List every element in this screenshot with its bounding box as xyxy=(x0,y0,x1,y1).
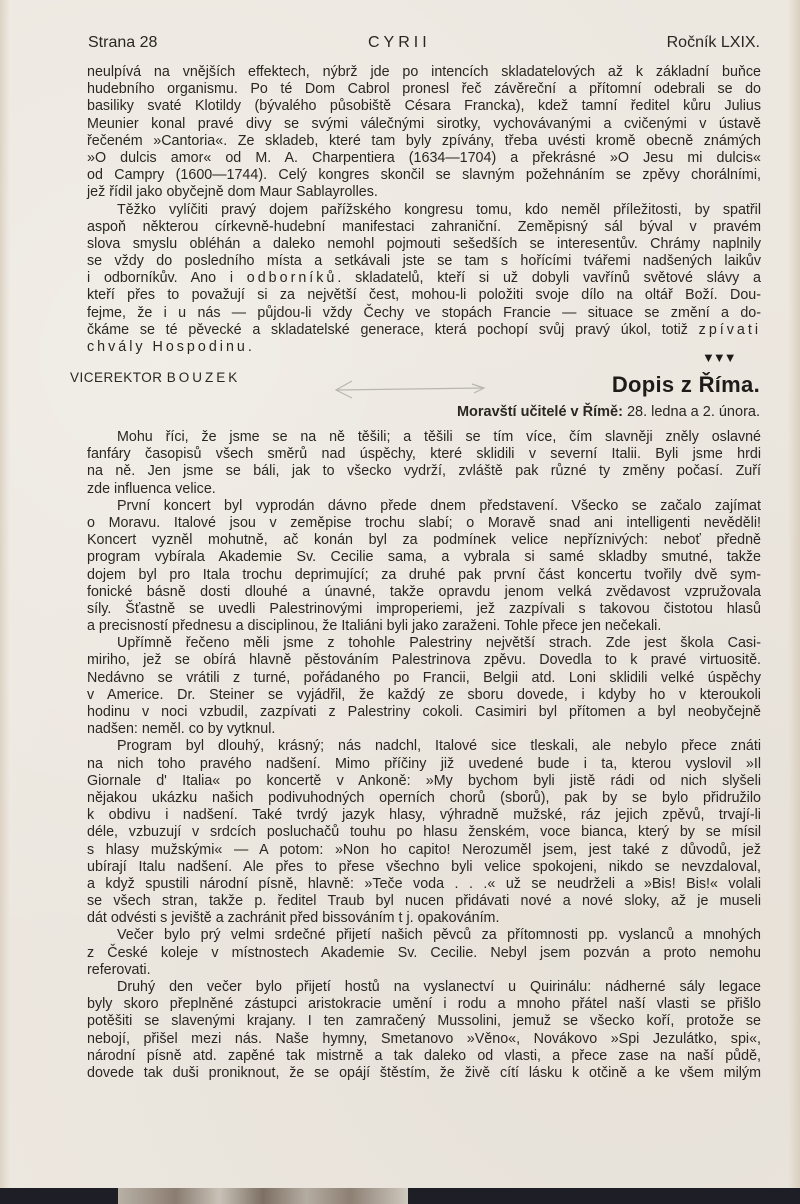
text-line: a když spustili národní písně, hlavně: »… xyxy=(87,876,761,893)
text-line: fejme, že i u nás — půjdou-li vždy Čechy… xyxy=(87,305,761,322)
text-line: hodinu v noci vzbudil, zazpívati z Pales… xyxy=(87,704,761,721)
text-line: řečeném »Cantoria«. Ze skladeb, které ta… xyxy=(87,133,761,150)
text-line: hudebního organismu. Po té Dom Cabrol pr… xyxy=(87,81,761,98)
text-line: síly. Šťastně se uvedli Palestrinovými i… xyxy=(87,601,761,618)
page-edge-right xyxy=(788,0,800,1188)
article-title: Dopis z Říma. xyxy=(612,372,760,398)
text-line: Meunier konal pravé divy se svými válečn… xyxy=(87,116,761,133)
journal-title: CYRII xyxy=(368,34,431,52)
text-line: fanfáry časopisů všech směrů nad úspěchy… xyxy=(87,446,761,463)
text-line: o Moravu. Italové jsou v zeměpise trochu… xyxy=(87,515,761,532)
text-line: Mohu říci, že jsme se na ně těšili; a tě… xyxy=(87,429,761,446)
text-line: Giornale d' Italia« po koncertě v Ankoně… xyxy=(87,773,761,790)
text-line: Těžko vylíčiti pravý dojem pařížského ko… xyxy=(87,202,761,219)
section-end-ornament: ▼▼▼ xyxy=(702,350,735,365)
text-line: referovati. xyxy=(87,962,761,979)
emphasized-text: chvály Hospodinu xyxy=(87,339,248,355)
text-line: a precisností přednesu a disciplinou, že… xyxy=(87,618,761,635)
text-line: aspoň některou církevně-hudební manifest… xyxy=(87,219,761,236)
text-line: kteří přes to považují si za největší če… xyxy=(87,287,761,304)
text-line: První koncert byl vyprodán dávno přede d… xyxy=(87,498,761,515)
text-line: dovede tak duši proniknout, že se opájí … xyxy=(87,1065,761,1082)
text-line: Nedávno se vrátili z turné, pořádaného p… xyxy=(87,670,761,687)
text-line: z České koleje v místnostech Akademie Sv… xyxy=(87,945,761,962)
text-line: nebojí, přišel mezi nás. Naše hymny, Sme… xyxy=(87,1031,761,1048)
text-line: byly skoro přeplněné zástupci aristokrac… xyxy=(87,996,761,1013)
text-line: nějakou ukázku našich podivuhodných oper… xyxy=(87,790,761,807)
text-line: dát odvésti s jeviště a zachránit před b… xyxy=(87,910,761,927)
text-line: na nich toho pravého nadšení. Mimo příči… xyxy=(87,756,761,773)
text-line: v Americe. Dr. Steiner se vyjádřil, že k… xyxy=(87,687,761,704)
text-line: fonické básně dosti dlouhé a únavné, tak… xyxy=(87,584,761,601)
emphasized-text: odborníků xyxy=(247,270,338,286)
text-line: s hlasy mužskými« — A potom: »Non ho cap… xyxy=(87,842,761,859)
text-line: se vždy do posledního místa a setkávali … xyxy=(87,253,761,270)
text-line: dojem byl pro Itala trochu deprimující; … xyxy=(87,567,761,584)
text-line: národní písně atd. zapěné tak mistrně a … xyxy=(87,1048,761,1065)
text-line: se všech stran, takže p. ředitel Traub b… xyxy=(87,893,761,910)
text-line: nadšen: neměl. co by vytknul. xyxy=(87,721,761,738)
scanner-background-patch xyxy=(118,1188,408,1204)
text-line: Upřímně řečeno měli jsme z tohohle Pales… xyxy=(87,635,761,652)
double-arrow-mark xyxy=(334,378,489,400)
emphasized-text: zpívati xyxy=(699,322,761,338)
text-line: miriho, jež se obírá hlavně pěstováním P… xyxy=(87,652,761,669)
subtitle-heading: Moravští učitelé v Římě: xyxy=(457,404,623,420)
article-subtitle: Moravští učitelé v Římě: 28. ledna a 2. … xyxy=(457,404,760,420)
author-signature: VICEREKTOR BOUZEK xyxy=(70,370,240,385)
text-line: jež řídil jako obyčejně dom Maur Sablayr… xyxy=(87,184,761,201)
author-name: BOUZEK xyxy=(167,370,241,385)
article-continuation: neulpívá na vnějších effektech, nýbrž jd… xyxy=(87,64,761,356)
text-line: zde influenca velice. xyxy=(87,481,761,498)
text-line: neulpívá na vnějších effektech, nýbrž jd… xyxy=(87,64,761,81)
subtitle-dates: 28. ledna a 2. února. xyxy=(623,404,760,420)
text-line: Program byl dlouhý, krásný; nás nadchl, … xyxy=(87,738,761,755)
text-line: potěšiti se slavenými krajany. I ten zam… xyxy=(87,1013,761,1030)
text-line: chvály Hospodinu. xyxy=(87,339,761,356)
text-line: program vybírala Akademie Sv. Cecilie sa… xyxy=(87,549,761,566)
text-line: Koncert vyzněl mohutně, ač konán byl za … xyxy=(87,532,761,549)
text-line: čkáme se té pěvecké a skladatelské gener… xyxy=(87,322,761,339)
text-line: slova smyslu obléhán a daleko nemohl poj… xyxy=(87,236,761,253)
text-line: basiliky svaté Klotildy (bývalého působi… xyxy=(87,98,761,115)
scanned-page: Strana 28 CYRII Ročník LXIX. neulpívá na… xyxy=(0,0,800,1188)
text-line: Večer bylo prý velmi srdečné přijetí naš… xyxy=(87,927,761,944)
author-title: VICEREKTOR xyxy=(70,370,167,385)
page-number: Strana 28 xyxy=(88,34,157,52)
text-line: od Campry (1600—1744). Celý kongres skon… xyxy=(87,167,761,184)
text-line: »O dulcis amor« od M. A. Charpentiera (1… xyxy=(87,150,761,167)
text-line: na ně. Jen jsme se báli, jak to všecko v… xyxy=(87,463,761,480)
running-header: Strana 28 CYRII Ročník LXIX. xyxy=(88,34,760,56)
page-edge-left xyxy=(0,0,10,1188)
text-line: i odborníkův. Ano i odborníků. skladatel… xyxy=(87,270,761,287)
text-line: Druhý den večer bylo přijetí hostů na vy… xyxy=(87,979,761,996)
text-line: ubírají Italu nadšení. Ale přes to přese… xyxy=(87,859,761,876)
text-line: k obdivu i nadšení. Také tvrdý jazyk hla… xyxy=(87,807,761,824)
text-line: déle, vzbuzují v srdcích posluchačů touh… xyxy=(87,824,761,841)
article-body: Mohu říci, že jsme se na ně těšili; a tě… xyxy=(87,429,761,1082)
volume-label: Ročník LXIX. xyxy=(667,34,760,52)
